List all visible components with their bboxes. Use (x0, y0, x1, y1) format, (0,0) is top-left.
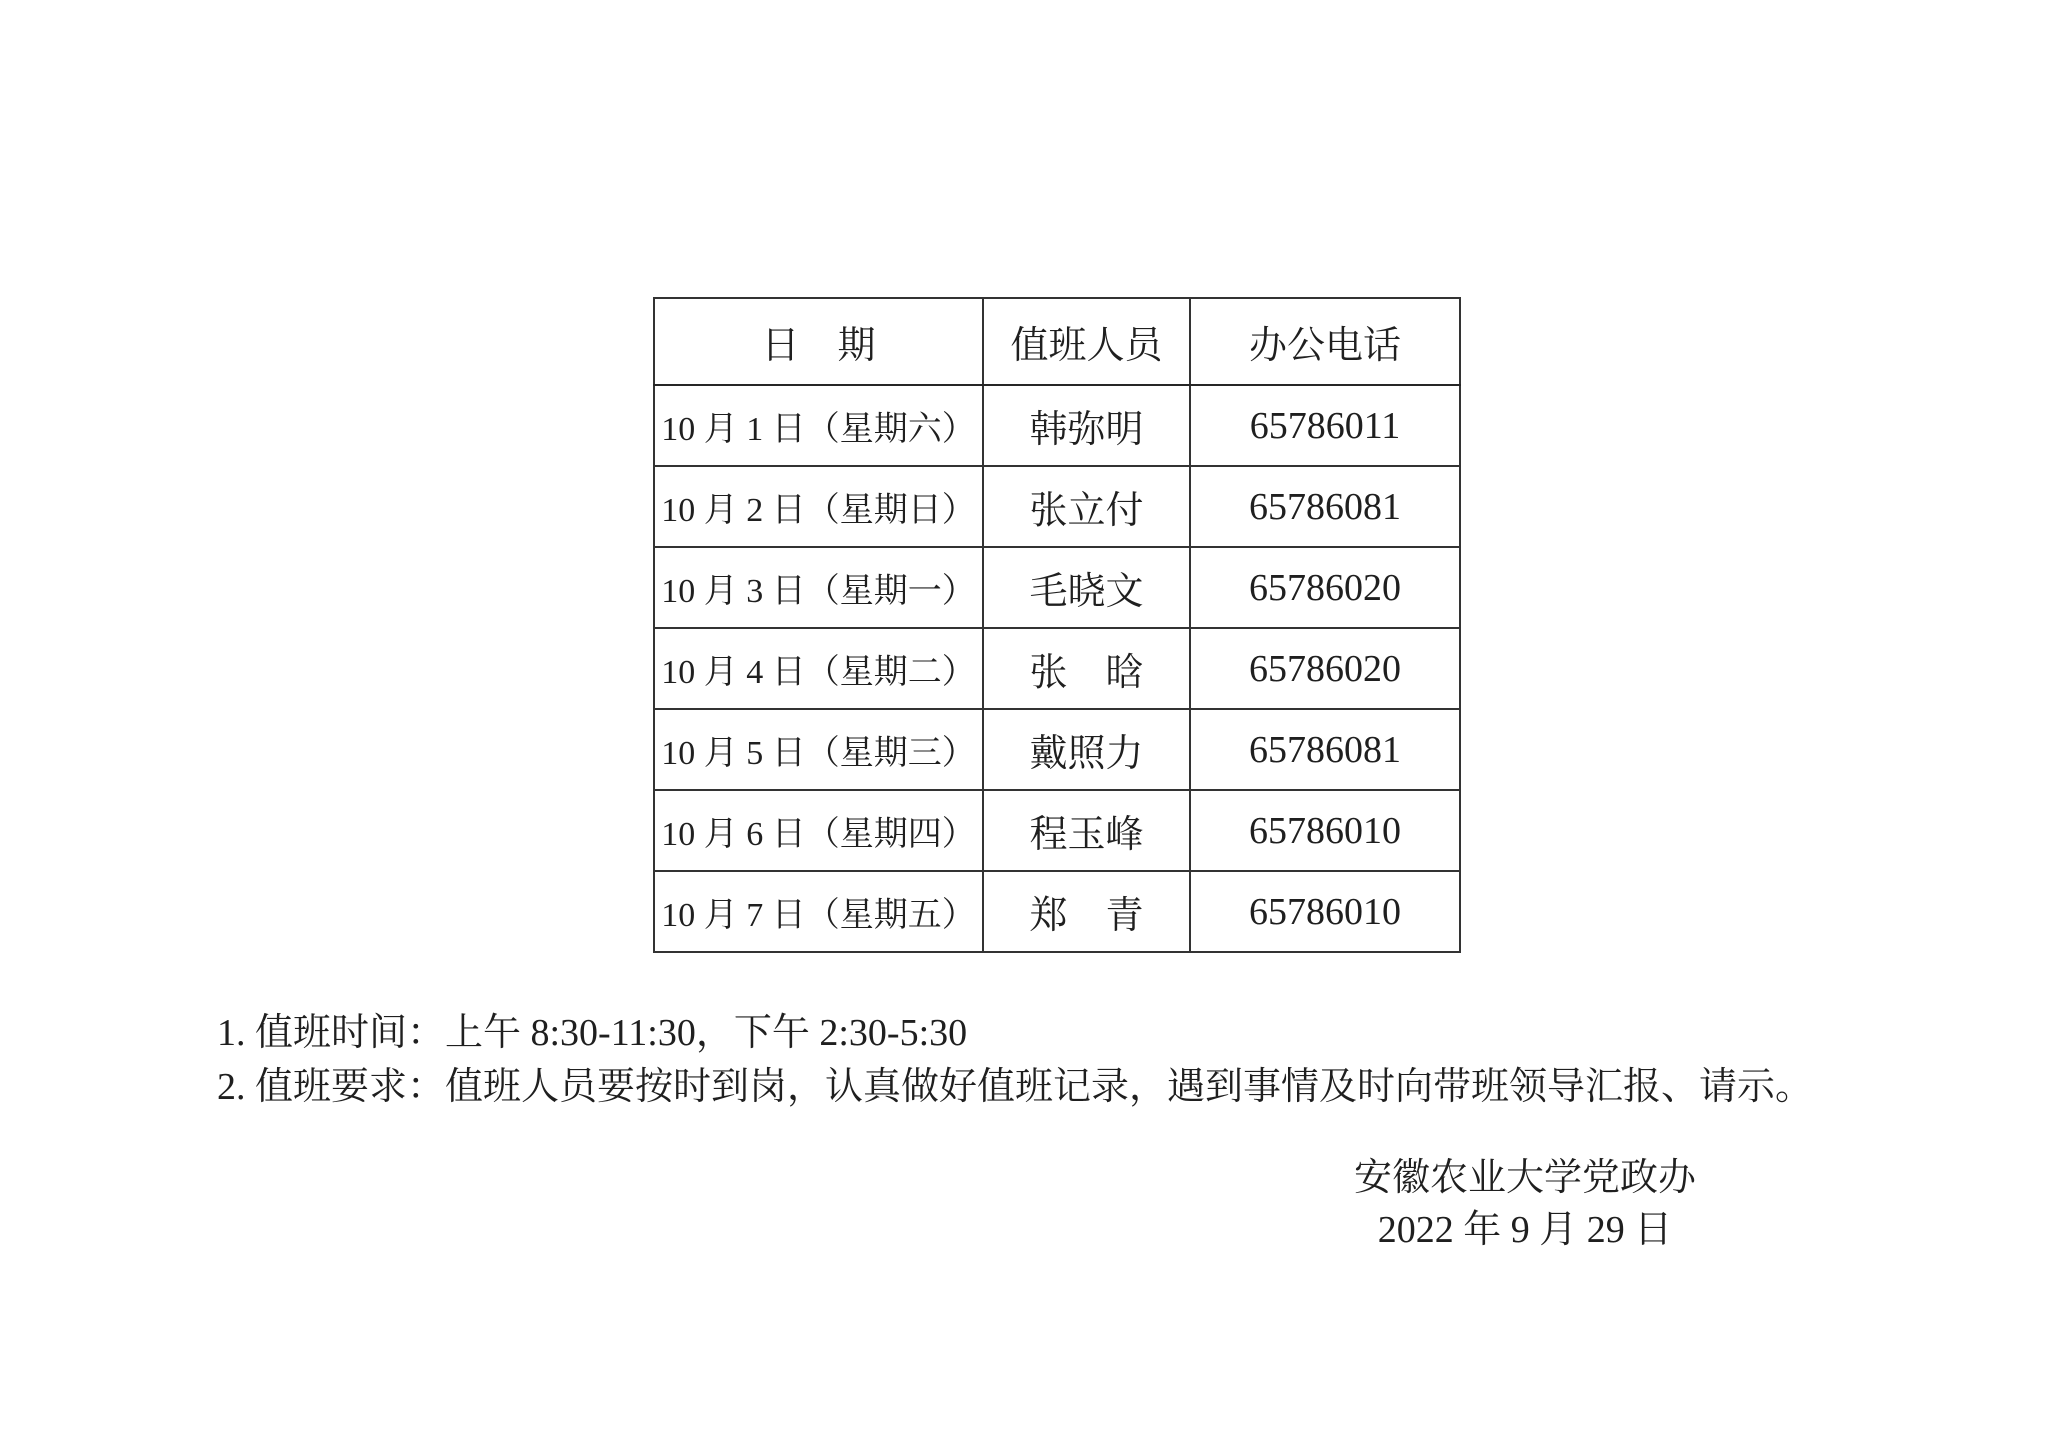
duty-date: 10 月 1 日（星期六） (654, 385, 983, 466)
table-row: 10 月 2 日（星期日） 张立付 65786081 (654, 466, 1460, 547)
duty-person: 郑 青 (983, 871, 1190, 952)
duty-phone: 65786020 (1190, 547, 1460, 628)
table-row: 10 月 3 日（星期一） 毛晓文 65786020 (654, 547, 1460, 628)
duty-person: 张立付 (983, 466, 1190, 547)
duty-phone: 65786010 (1190, 790, 1460, 871)
duty-person: 程玉峰 (983, 790, 1190, 871)
duty-phone: 65786020 (1190, 628, 1460, 709)
table-row: 10 月 5 日（星期三） 戴照力 65786081 (654, 709, 1460, 790)
table-row: 10 月 7 日（星期五） 郑 青 65786010 (654, 871, 1460, 952)
table-row: 10 月 1 日（星期六） 韩弥明 65786011 (654, 385, 1460, 466)
table-row: 10 月 4 日（星期二） 张 晗 65786020 (654, 628, 1460, 709)
duty-date: 10 月 2 日（星期日） (654, 466, 983, 547)
table-row: 10 月 6 日（星期四） 程玉峰 65786010 (654, 790, 1460, 871)
duty-person: 韩弥明 (983, 385, 1190, 466)
signature-date: 2022 年 9 月 29 日 (1190, 1204, 1860, 1256)
table-header-row: 日 期 值班人员 办公电话 (654, 298, 1460, 385)
duty-phone: 65786011 (1190, 385, 1460, 466)
document-page: 日 期 值班人员 办公电话 10 月 1 日（星期六） 韩弥明 65786011… (0, 0, 2048, 1447)
duty-date: 10 月 3 日（星期一） (654, 547, 983, 628)
duty-person: 张 晗 (983, 628, 1190, 709)
duty-date: 10 月 6 日（星期四） (654, 790, 983, 871)
header-person: 值班人员 (983, 298, 1190, 385)
note-duty-hours: 1. 值班时间：上午 8:30-11:30，下午 2:30-5:30 (217, 1006, 1813, 1060)
duty-phone: 65786081 (1190, 709, 1460, 790)
duty-date: 10 月 4 日（星期二） (654, 628, 983, 709)
duty-date: 10 月 7 日（星期五） (654, 871, 983, 952)
signature-block: 安徽农业大学党政办 2022 年 9 月 29 日 (1190, 1152, 1860, 1256)
duty-phone: 65786081 (1190, 466, 1460, 547)
duty-person: 戴照力 (983, 709, 1190, 790)
duty-phone: 65786010 (1190, 871, 1460, 952)
notes-section: 1. 值班时间：上午 8:30-11:30，下午 2:30-5:30 2. 值班… (217, 1006, 1813, 1114)
header-date: 日 期 (654, 298, 983, 385)
signature-organization: 安徽农业大学党政办 (1190, 1152, 1860, 1204)
duty-schedule-table: 日 期 值班人员 办公电话 10 月 1 日（星期六） 韩弥明 65786011… (653, 297, 1461, 953)
header-phone: 办公电话 (1190, 298, 1460, 385)
note-duty-requirements: 2. 值班要求：值班人员要按时到岗，认真做好值班记录，遇到事情及时向带班领导汇报… (217, 1060, 1813, 1114)
duty-person: 毛晓文 (983, 547, 1190, 628)
duty-date: 10 月 5 日（星期三） (654, 709, 983, 790)
